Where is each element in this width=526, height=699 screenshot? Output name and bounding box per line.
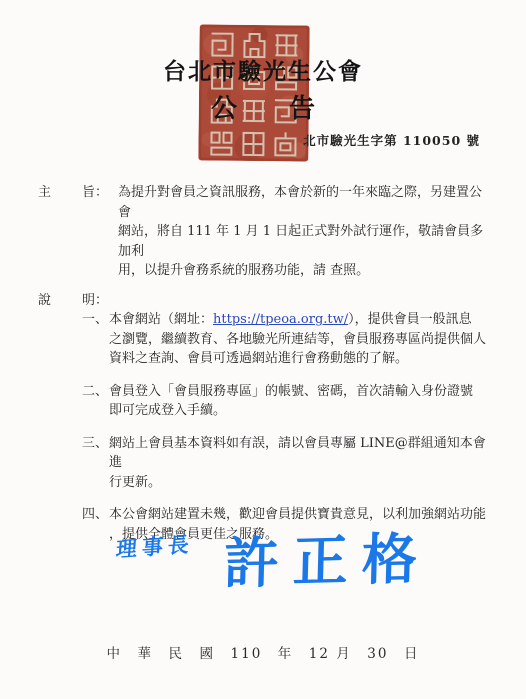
subject-label-main: 主 xyxy=(38,183,82,203)
document-type-title: 公 告 xyxy=(0,88,526,125)
explanation-section-header: 說 明： xyxy=(38,291,490,311)
website-link[interactable]: https://tpeoa.org.tw/ xyxy=(213,312,348,327)
explanation-list: 一、 本會網站（網址：https://tpeoa.org.tw/），提供會員一般… xyxy=(82,310,490,544)
explanation-item-2: 二、 會員登入「會員服務專區」的帳號、密碼，首次請輸入身份證號 即可完成登入手續… xyxy=(82,382,490,421)
item-1-pre-text: 本會網站（網址： xyxy=(109,312,213,327)
item-text: 本會網站（網址：https://tpeoa.org.tw/），提供會員一般訊息 … xyxy=(109,310,490,369)
document-date: 中 華 民 國 110 年 12 月 30 日 xyxy=(0,642,526,662)
chairman-signature: 許正格 xyxy=(223,514,432,599)
explanation-item-1: 一、 本會網站（網址：https://tpeoa.org.tw/），提供會員一般… xyxy=(82,310,490,369)
chairman-title: 理事長 xyxy=(115,528,195,564)
subject-section: 主 旨： 為提升對會員之資訊服務，本會於新的一年來臨之際，另建置公會 網站，將自… xyxy=(38,183,490,281)
document-body: 主 旨： 為提升對會員之資訊服務，本會於新的一年來臨之際，另建置公會 網站，將自… xyxy=(38,183,490,557)
subject-label-colon: 旨： xyxy=(82,183,118,203)
subject-text: 為提升對會員之資訊服務，本會於新的一年來臨之際，另建置公會 網站，將自 111 … xyxy=(118,183,490,281)
announcement-document: 台北市驗光生公會 公 告 北市驗光生字第 110050 號 主 旨： 為提升對會… xyxy=(0,0,526,699)
item-text: 會員登入「會員服務專區」的帳號、密碼，首次請輸入身份證號 即可完成登入手續。 xyxy=(109,382,490,421)
item-number: 二、 xyxy=(82,382,109,402)
explanation-label-colon: 明： xyxy=(82,291,118,311)
explanation-item-3: 三、 網站上會員基本資料如有誤，請以會員專屬 LINE@群組通知本會進 行更新。 xyxy=(82,434,490,493)
explanation-label-main: 說 xyxy=(38,291,82,311)
reference-number: 北市驗光生字第 110050 號 xyxy=(303,131,480,149)
item-text: 網站上會員基本資料如有誤，請以會員專屬 LINE@群組通知本會進 行更新。 xyxy=(109,434,490,493)
item-number: 四、 xyxy=(82,505,109,525)
item-number: 一、 xyxy=(82,310,109,330)
item-number: 三、 xyxy=(82,434,109,454)
organization-name: 台北市驗光生公會 xyxy=(0,53,526,86)
